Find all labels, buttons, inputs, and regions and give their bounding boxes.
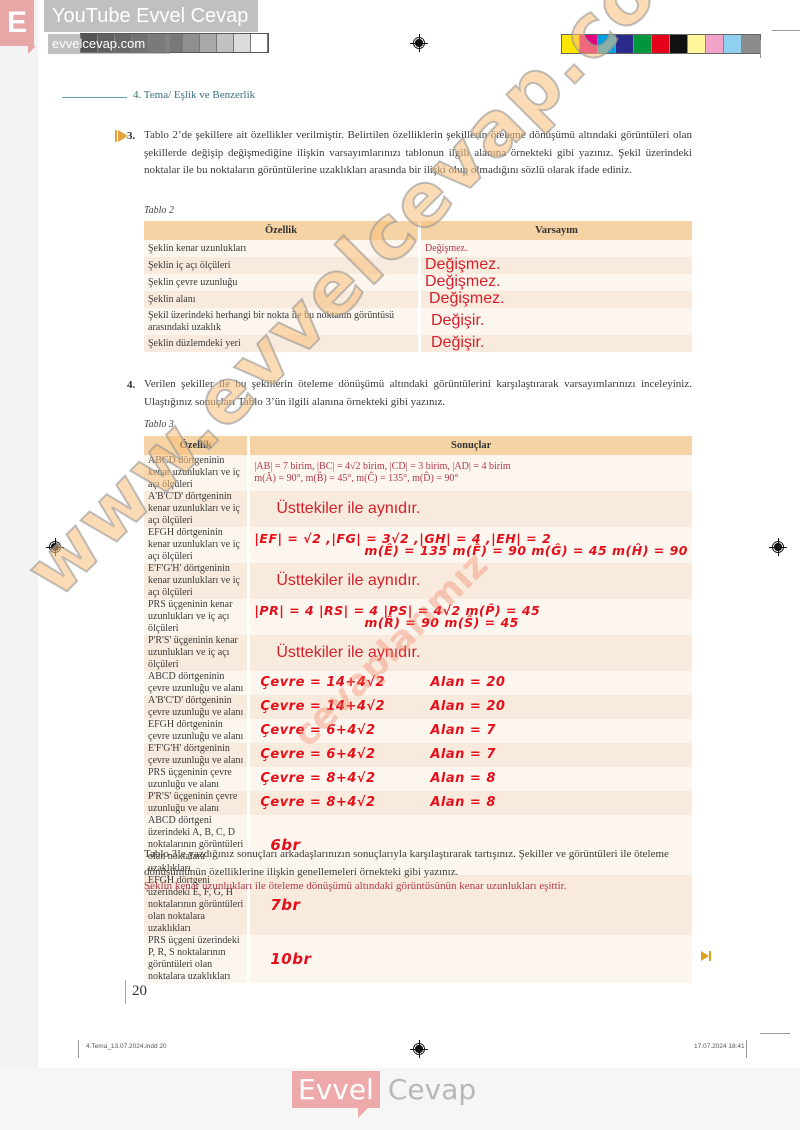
result-cell: Üsttekiler ile aynıdır. [249,635,692,671]
table-2-caption: Tablo 2 [144,205,174,216]
handwritten-area: Alan = 20 [430,701,505,713]
gray-swatch [200,34,217,52]
printed-answer: Değişmez. [425,243,468,254]
typed-answer: Değişmez. [425,256,501,273]
evvelcevap-bottom-logo: Evvel Cevap [292,1071,476,1108]
table-row: PRS üçgeninin çevre uzunluğu ve alanıÇev… [144,767,692,791]
table-3-header-feature: Özellik [144,436,249,455]
table-3-caption: Tablo 3 [144,419,174,430]
theme-header-rule [62,97,127,98]
feature-cell: PRS üçgeninin kenar uzunlukları ve iç aç… [144,599,249,635]
feature-cell: EFGH dörtgeninin çevre uzunluğu ve alanı [144,719,249,743]
table-row: P'R'S' üçgeninin kenar uzunlukları ve iç… [144,635,692,671]
handwritten-area: Alan = 8 [430,797,496,809]
color-swatch [688,35,706,53]
typed-answer: Değişir. [425,334,484,351]
handwritten-area: Alan = 20 [430,677,505,689]
printed-result-line: m(Â) = 90°, m(B̂) = 45°, m(Ĉ) = 135°, m(… [254,473,688,485]
printed-result-line: |AB| = 7 birim, |BC| = 4√2 birim, |CD| =… [254,461,688,473]
crop-mark [78,1040,79,1058]
crop-mark [760,40,761,58]
result-cell: Çevre = 6+4√2Alan = 7 [249,743,692,767]
result-cell: Üsttekiler ile aynıdır. [249,563,692,599]
feature-cell: Şeklin iç açı ölçüleri [144,257,420,274]
table-2: Özellik Varsayım Şeklin kenar uzunluklar… [144,221,692,352]
handwritten-perimeter: Çevre = 14+4√2 [254,677,430,689]
handwritten-perimeter: Çevre = 14+4√2 [254,701,430,713]
table-row: ABCD dörtgeninin kenar uzunlukları ve iç… [144,455,692,491]
table-row: Şeklin iç açı ölçüleriDeğişmez. [144,257,692,274]
page-number: 20 [132,983,147,1000]
result-cell: Üsttekiler ile aynıdır. [249,491,692,527]
feature-cell: P'R'S' üçgeninin kenar uzunlukları ve iç… [144,635,249,671]
assumption-cell: Değişmez. [420,291,693,308]
handwritten-perimeter: Çevre = 6+4√2 [254,725,430,737]
color-swatch [652,35,670,53]
evvelcevap-logo-icon: E [0,0,34,46]
watermark-banner: YouTube Evvel Cevap [44,0,258,32]
table-row: Şeklin düzlemdeki yeriDeğişir. [144,335,692,352]
print-slug-date: 17.07.2024 18:41 [694,1043,745,1050]
table-row: Şekil üzerindeki herhangi bir nokta ile … [144,308,692,335]
color-swatch [670,35,688,53]
logo-part-cevap: Cevap [388,1073,476,1106]
feature-cell: P'R'S' üçgeninin çevre uzunluğu ve alanı [144,791,249,815]
crop-mark [760,1033,790,1034]
registration-mark-icon [772,541,784,553]
table-2-header-assumption: Varsayım [420,221,693,240]
color-swatch [598,35,616,53]
table-3: Özellik Sonuçlar ABCD dörtgeninin kenar … [144,436,692,983]
page-number-rule [125,980,126,1004]
closing-instruction: Tablo 3’e yazdığınız sonuçları arkadaşla… [144,845,692,881]
color-swatch [580,35,598,53]
table-row: Şeklin çevre uzunluğuDeğişmez. [144,274,692,291]
table-row: E'F'G'H' dörtgeninin kenar uzunlukları v… [144,563,692,599]
feature-cell: Şeklin alanı [144,291,420,308]
result-cell: |EF| = √2 ,|FG| = 3√2 ,|GH| = 4 ,|EH| = … [249,527,692,563]
crop-mark [746,1040,747,1058]
result-cell: Çevre = 8+4√2Alan = 8 [249,767,692,791]
table-row: EFGH dörtgeninin kenar uzunlukları ve iç… [144,527,692,563]
table-3-header-results: Sonuçlar [249,436,692,455]
table-row: P'R'S' üçgeninin çevre uzunluğu ve alanı… [144,791,692,815]
table-row: Şeklin alanıDeğişmez. [144,291,692,308]
feature-cell: PRS üçgeni üzerindeki P, R, S noktaların… [144,935,249,983]
table-row: EFGH dörtgeninin çevre uzunluğu ve alanı… [144,719,692,743]
result-cell: Çevre = 8+4√2Alan = 8 [249,791,692,815]
result-cell: Çevre = 14+4√2Alan = 20 [249,695,692,719]
gray-swatch [234,34,251,52]
next-page-icon [701,951,709,961]
feature-cell: A'B'C'D' dörtgeninin kenar uzunlukları v… [144,491,249,527]
table-row: PRS üçgeni üzerindeki P, R, S noktaların… [144,935,692,983]
table-row: A'B'C'D' dörtgeninin çevre uzunluğu ve a… [144,695,692,719]
result-cell: Çevre = 6+4√2Alan = 7 [249,719,692,743]
handwritten-result-line: 10br [254,953,688,965]
handwritten-result-line: m(Ê) = 135 m(F̂) = 90 m(Ĝ) = 45 m(Ĥ) = 9… [254,545,688,557]
feature-cell: ABCD dörtgeninin çevre uzunluğu ve alanı [144,671,249,695]
handwritten-perimeter: Çevre = 8+4√2 [254,797,430,809]
typed-answer: Değişir. [425,312,484,329]
registration-mark-icon [413,1043,425,1055]
handwritten-area: Alan = 8 [430,773,496,785]
assumption-cell: Değişir. [420,308,693,335]
table-row: ABCD dörtgeninin çevre uzunluğu ve alanı… [144,671,692,695]
gray-swatch [251,34,268,52]
typed-result: Üsttekiler ile aynıdır. [254,575,688,587]
assumption-cell: Değişir. [420,335,693,352]
question-3-text: Tablo 2’de şekillere ait özellikler veri… [144,127,692,180]
handwritten-result-line: m(R̂) = 90 m(Ŝ) = 45 [254,617,688,629]
table-row: A'B'C'D' dörtgeninin kenar uzunlukları v… [144,491,692,527]
feature-cell: E'F'G'H' dörtgeninin kenar uzunlukları v… [144,563,249,599]
color-swatch [562,35,580,53]
feature-cell: A'B'C'D' dörtgeninin çevre uzunluğu ve a… [144,695,249,719]
result-cell: |AB| = 7 birim, |BC| = 4√2 birim, |CD| =… [249,455,692,491]
result-cell: 10br [249,935,692,983]
gray-swatch [217,34,234,52]
handwritten-result-line: 7br [254,899,688,911]
crop-mark [772,30,800,31]
registration-mark-icon [413,37,425,49]
table-2-header-feature: Özellik [144,221,420,240]
table-row: Şeklin kenar uzunluklarıDeğişmez. [144,240,692,257]
feature-cell: Şeklin düzlemdeki yeri [144,335,420,352]
theme-title: 4. Tema/ Eşlik ve Benzerlik [133,89,255,101]
color-calibration-bar [561,34,761,54]
color-swatch [742,35,760,53]
feature-cell: Şeklin çevre uzunluğu [144,274,420,291]
typed-answer: Değişmez. [425,290,505,307]
typed-answer: Değişmez. [425,273,501,290]
feature-cell: Şeklin kenar uzunlukları [144,240,420,257]
feature-cell: ABCD dörtgeninin kenar uzunlukları ve iç… [144,455,249,491]
feature-cell: PRS üçgeninin çevre uzunluğu ve alanı [144,767,249,791]
registration-mark-icon [49,541,61,553]
typed-result: Üsttekiler ile aynıdır. [254,647,688,659]
handwritten-perimeter: Çevre = 6+4√2 [254,749,430,761]
assumption-cell: Değişmez. [420,257,693,274]
feature-cell: EFGH dörtgeninin kenar uzunlukları ve iç… [144,527,249,563]
question-4-number: 4. [127,379,135,391]
handwritten-perimeter: Çevre = 8+4√2 [254,773,430,785]
question-4-text: Verilen şekiller ile bu şekillerin ötele… [144,376,692,411]
color-swatch [724,35,742,53]
feature-cell: E'F'G'H' dörtgeninin çevre uzunluğu ve a… [144,743,249,767]
color-swatch [616,35,634,53]
print-slug-file: 4.Tema_13.07.2024.indd 20 [86,1043,167,1050]
assumption-cell: Değişmez. [420,240,693,257]
typed-result: Üsttekiler ile aynıdır. [254,503,688,515]
table-row: E'F'G'H' dörtgeninin çevre uzunluğu ve a… [144,743,692,767]
result-cell: |PR| = 4 |RS| = 4 |PS| = 4√2 m(P̂) = 45m… [249,599,692,635]
question-3-number: 3. [127,130,135,142]
handwritten-area: Alan = 7 [430,749,496,761]
table-row: PRS üçgeninin kenar uzunlukları ve iç aç… [144,599,692,635]
feature-cell: Şekil üzerindeki herhangi bir nokta ile … [144,308,420,335]
logo-part-evvel: Evvel [292,1071,380,1108]
color-swatch [706,35,724,53]
handwritten-area: Alan = 7 [430,725,496,737]
watermark-url: evvelcevap.com [48,34,170,54]
result-cell: Çevre = 14+4√2Alan = 20 [249,671,692,695]
color-swatch [634,35,652,53]
assumption-cell: Değişmez. [420,274,693,291]
gray-swatch [183,34,200,52]
closing-example-answer: Şeklin kenar uzunlukları ile öteleme dön… [144,880,567,892]
